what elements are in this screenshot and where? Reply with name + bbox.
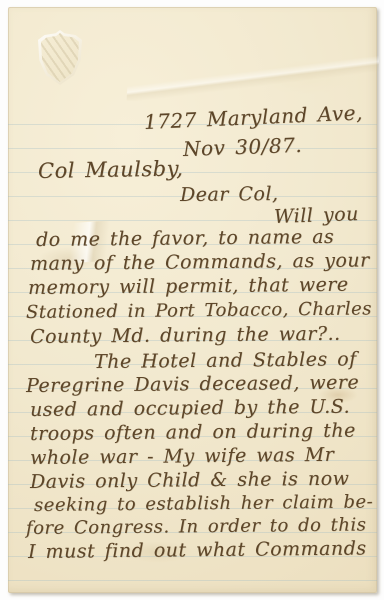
address-line: 1727 Maryland Ave, xyxy=(143,100,363,134)
embossed-shield-seal-icon xyxy=(38,30,82,85)
photo-background: 1727 Maryland Ave, Nov 30/87. Col Maulsb… xyxy=(0,0,384,600)
seal-inner-relief xyxy=(41,33,79,82)
recipient-line: Col Maulsby, xyxy=(38,156,184,183)
letter-line: Davis only Child & she is now xyxy=(30,468,350,493)
letter-line: seeking to establish her claim be- xyxy=(34,491,373,516)
letter-line: The Hotel and Stables of xyxy=(94,348,357,373)
letter-line: troops often and on during the xyxy=(30,420,356,445)
letter-line: fore Congress. In order to do this xyxy=(26,514,367,539)
salutation-line: Dear Col, xyxy=(180,183,279,206)
letter-line: I must find out what Commands xyxy=(28,537,367,563)
letter-paper: 1727 Maryland Ave, Nov 30/87. Col Maulsb… xyxy=(8,7,377,593)
letter-line: memory will permit, that were xyxy=(28,274,349,299)
letter-line: Peregrine Davis deceased, were xyxy=(26,372,359,397)
letter-line: County Md. during the war?.. xyxy=(30,323,341,348)
letter-line: whole war - My wife was Mr xyxy=(30,444,334,469)
opening-words: Will you xyxy=(274,203,360,228)
letter-line: do me the favor, to name as xyxy=(36,226,334,251)
letter-line: many of the Commands, as your xyxy=(30,249,370,275)
date-line: Nov 30/87. xyxy=(183,133,303,161)
letter-line: used and occupied by the U.S. xyxy=(30,396,350,421)
letter-line: Stationed in Port Tobacco, Charles xyxy=(26,298,372,323)
